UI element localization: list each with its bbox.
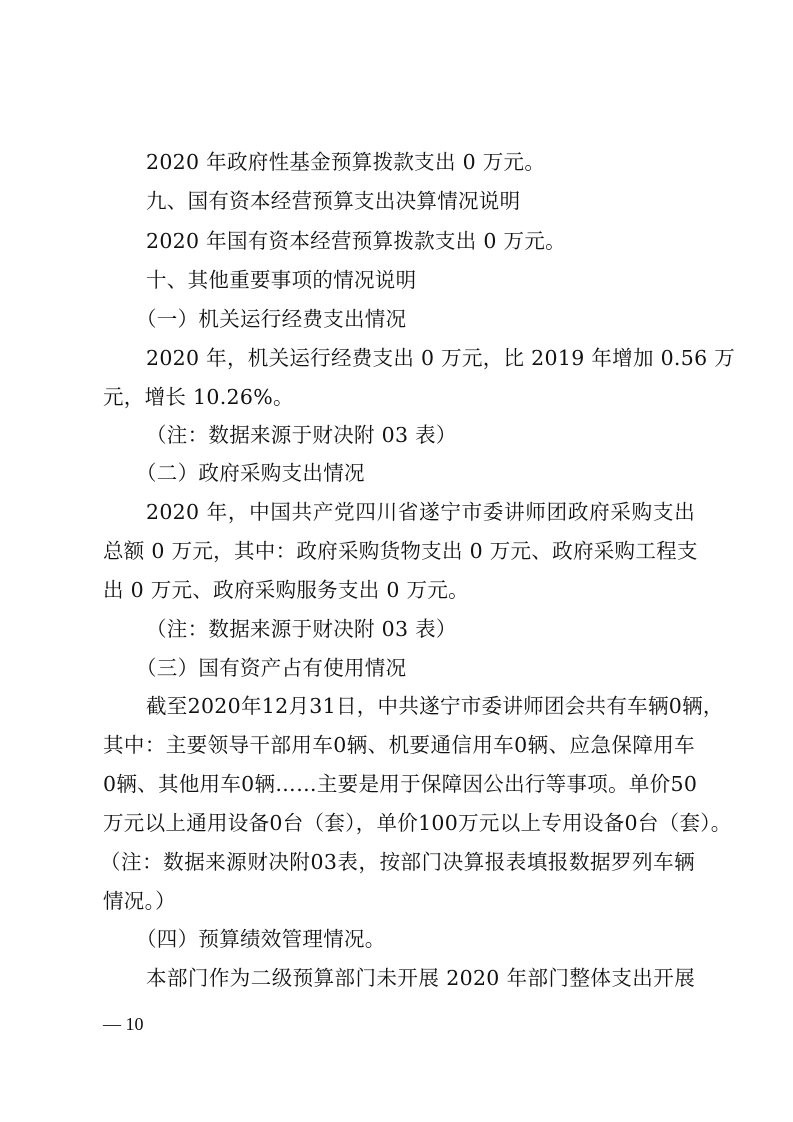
paragraph-operating-expenses-line2: 元，增长 10.26%。 [103,383,695,411]
paragraph-assets-line4: 万元以上通用设备0台（套），单价100万元以上专用设备0台（套）。 [103,809,695,837]
document-page: 2020 年政府性基金预算拨款支出 0 万元。 九、国有资本经营预算支出决算情况… [0,0,793,1122]
paragraph-procurement-line1: 2020 年，中国共产党四川省遂宁市委讲师团政府采购支出 [146,498,695,526]
note-data-source-1: （注：数据来源于财决附 03 表） [146,421,738,449]
paragraph-assets-line2: 其中：主要领导干部用车0辆、机要通信用车0辆、应急保障用车 [103,731,695,759]
paragraph-assets-line1: 截至2020年12月31日，中共遂宁市委讲师团会共有车辆0辆， [146,692,695,720]
note-data-source-3-line1: （注：数据来源财决附03表，按部门决算报表填报数据罗列车辆 [100,848,695,876]
heading-section-10: 十、其他重要事项的情况说明 [146,266,695,294]
paragraph-performance-line1: 本部门作为二级预算部门未开展 2020 年部门整体支出开展 [146,964,695,992]
paragraph-assets-line3: 0辆、其他用车0辆……主要是用于保障因公出行等事项。单价50 [103,770,695,798]
paragraph-operating-expenses-line1: 2020 年，机关运行经费支出 0 万元，比 2019 年增加 0.56 万 [146,344,695,372]
subheading-2: （二）政府采购支出情况 [136,459,728,487]
paragraph-state-capital-expenditure: 2020 年国有资本经营预算拨款支出 0 万元。 [146,227,695,255]
paragraph-gov-fund-expenditure: 2020 年政府性基金预算拨款支出 0 万元。 [146,148,695,176]
page-number: — 10 [103,1012,144,1036]
paragraph-procurement-line3: 出 0 万元、政府采购服务支出 0 万元。 [103,576,695,604]
subheading-4: （四）预算绩效管理情况。 [136,925,728,953]
paragraph-procurement-line2: 总额 0 万元，其中：政府采购货物支出 0 万元、政府采购工程支 [103,537,695,565]
heading-section-9: 九、国有资本经营预算支出决算情况说明 [146,187,695,215]
note-data-source-2: （注：数据来源于财决附 03 表） [146,615,738,643]
subheading-1: （一）机关运行经费支出情况 [136,305,728,333]
subheading-3: （三）国有资产占有使用情况 [136,654,728,682]
note-data-source-3-line2: 情况。） [103,887,695,915]
